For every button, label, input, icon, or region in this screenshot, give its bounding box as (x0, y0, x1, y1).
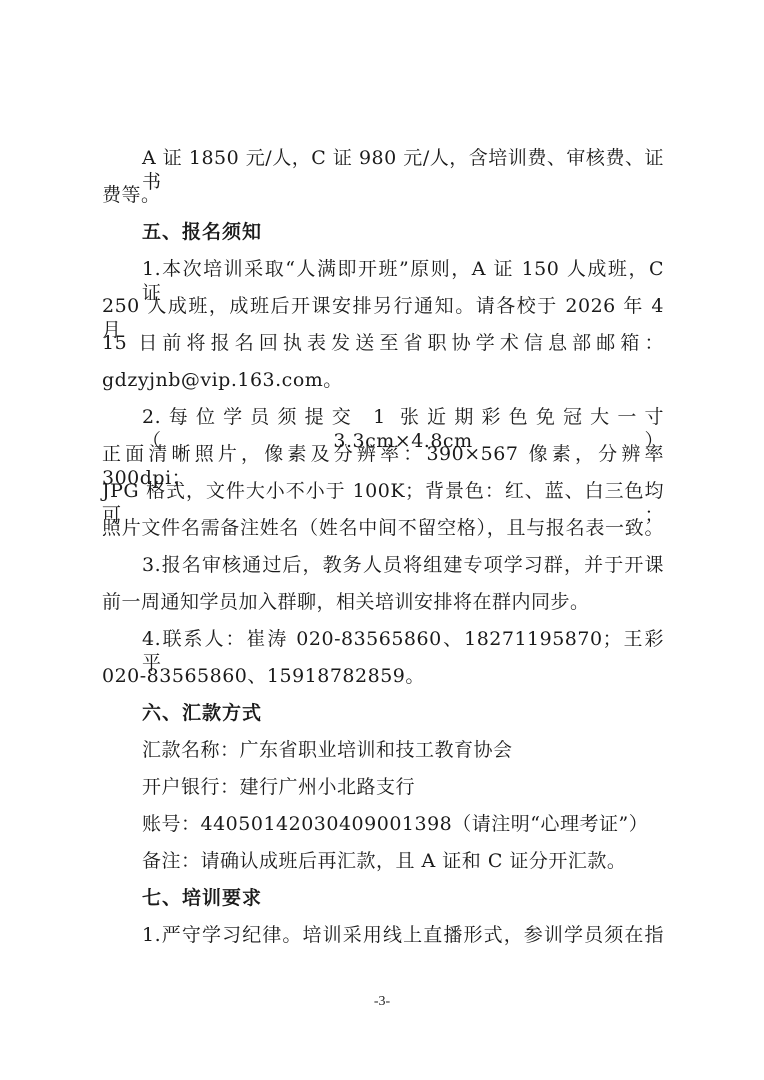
text-line: 020-83565860、15918782859。 (102, 664, 664, 688)
page-number: -3- (0, 994, 764, 1010)
text-line: 15 日前将报名回执表发送至省职协学术信息部邮箱： (102, 331, 664, 355)
text-line: 3.报名审核通过后，教务人员将组建专项学习群，并于开课 (142, 553, 664, 577)
text-line: 开户银行：建行广州小北路支行 (142, 775, 664, 799)
text-line: 前一周通知学员加入群聊，相关培训安排将在群内同步。 (102, 590, 664, 614)
text-line: 1.严守学习纪律。培训采用线上直播形式，参训学员须在指 (142, 923, 664, 947)
text-line: 备注：请确认成班后再汇款，且 A 证和 C 证分开汇款。 (142, 849, 664, 873)
document-page: A 证 1850 元/人，C 证 980 元/人，含培训费、审核费、证书费等。五… (0, 0, 764, 1080)
text-line: 照片文件名需备注姓名（姓名中间不留空格），且与报名表一致。 (102, 516, 664, 540)
section-heading: 七、培训要求 (142, 886, 664, 910)
section-heading: 五、报名须知 (142, 220, 664, 244)
section-heading: 六、汇款方式 (142, 701, 664, 725)
text-line: gdzyjnb@vip.163.com。 (102, 368, 664, 392)
text-line: 账号：44050142030409001398（请注明“心理考证”） (142, 812, 664, 836)
text-line: 汇款名称：广东省职业培训和技工教育协会 (142, 738, 664, 762)
text-line: 费等。 (102, 183, 664, 207)
